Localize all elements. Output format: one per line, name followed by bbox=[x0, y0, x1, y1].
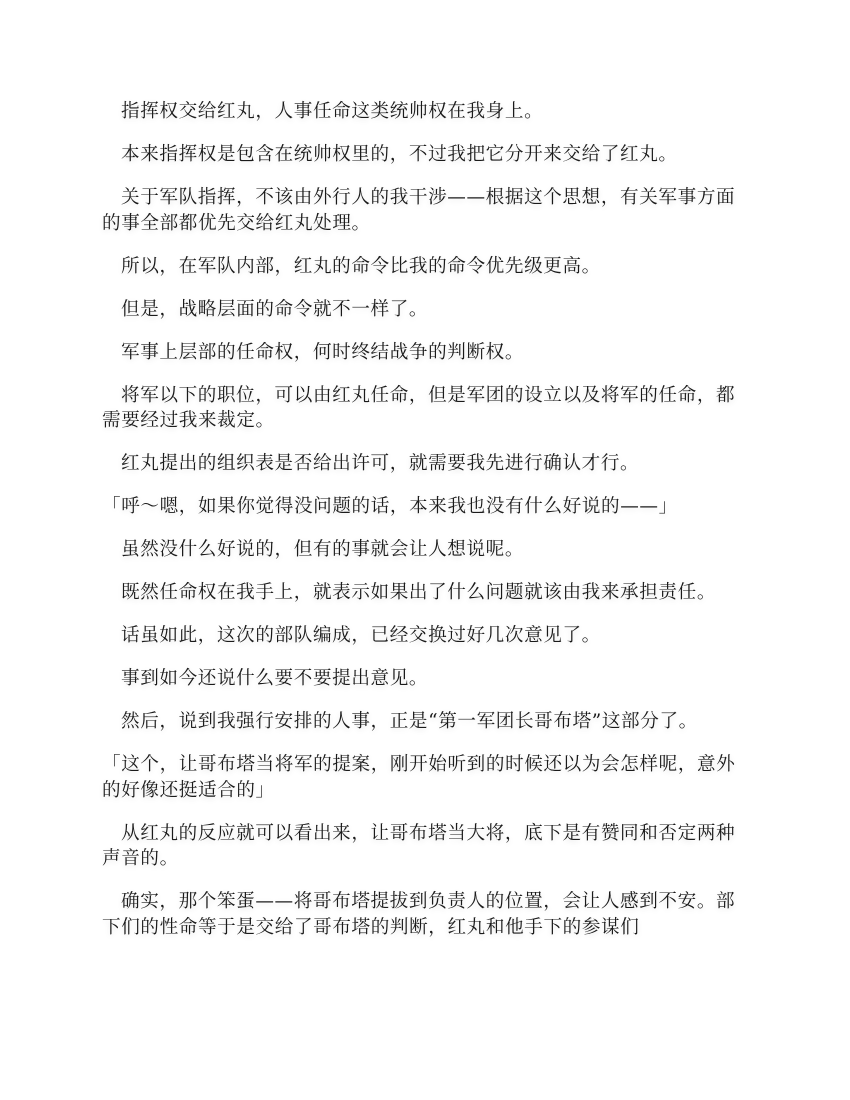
paragraph: 但是，战略层面的命令就不一样了。 bbox=[102, 297, 736, 323]
paragraph: 本来指挥权是包含在统帅权里的，不过我把它分开来交给了红丸。 bbox=[102, 142, 736, 168]
paragraph: 虽然没什么好说的，但有的事就会让人想说呢。 bbox=[102, 537, 736, 563]
paragraph: 既然任命权在我手上，就表示如果出了什么问题就该由我来承担责任。 bbox=[102, 580, 736, 606]
dialogue-paragraph: 「呼～嗯，如果你觉得没问题的话，本来我也没有什么好说的——」 bbox=[102, 494, 736, 520]
document-page: 指挥权交给红丸，人事任命这类统帅权在我身上。 本来指挥权是包含在统帅权里的，不过… bbox=[102, 99, 736, 958]
paragraph: 然后，说到我强行安排的人事，正是“第一军团长哥布塔”这部分了。 bbox=[102, 709, 736, 735]
dialogue-paragraph: 「这个，让哥布塔当将军的提案，刚开始听到的时候还以为会怎样呢，意外的好像还挺适合… bbox=[102, 752, 736, 803]
paragraph: 红丸提出的组织表是否给出许可，就需要我先进行确认才行。 bbox=[102, 451, 736, 477]
paragraph: 所以，在军队内部，红丸的命令比我的命令优先级更高。 bbox=[102, 254, 736, 280]
paragraph: 事到如今还说什么要不要提出意见。 bbox=[102, 666, 736, 692]
paragraph: 话虽如此，这次的部队编成，已经交换过好几次意见了。 bbox=[102, 623, 736, 649]
paragraph: 从红丸的反应就可以看出来，让哥布塔当大将，底下是有赞同和否定两种声音的。 bbox=[102, 821, 736, 872]
paragraph: 军事上层部的任命权，何时终结战争的判断权。 bbox=[102, 340, 736, 366]
paragraph: 指挥权交给红丸，人事任命这类统帅权在我身上。 bbox=[102, 99, 736, 125]
paragraph: 关于军队指挥，不该由外行人的我干涉——根据这个思想，有关军事方面的事全部都优先交… bbox=[102, 185, 736, 236]
paragraph: 将军以下的职位，可以由红丸任命，但是军团的设立以及将军的任命，都需要经过我来裁定… bbox=[102, 383, 736, 434]
paragraph: 确实，那个笨蛋——将哥布塔提拔到负责人的位置，会让人感到不安。部下们的性命等于是… bbox=[102, 889, 736, 940]
